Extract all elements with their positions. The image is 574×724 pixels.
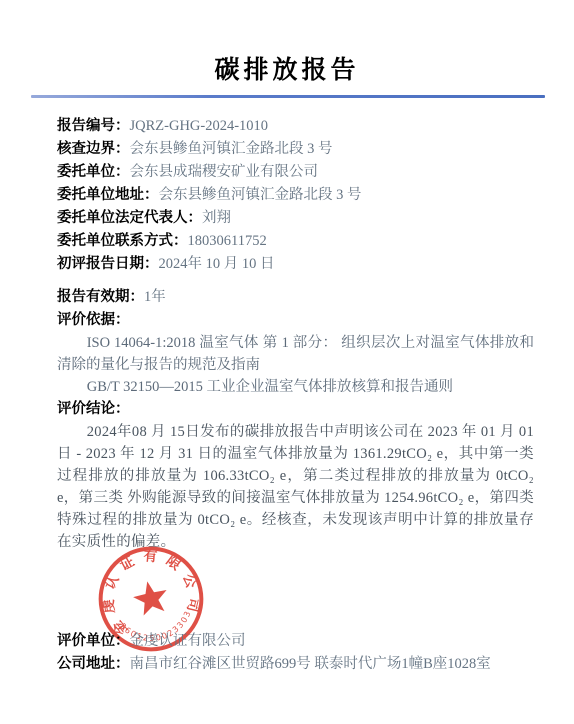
report-page: 碳排放报告 报告编号：JQRZ-GHG-2024-1010 核查边界：会东县鲹鱼… [0, 50, 574, 676]
spacer [57, 276, 534, 286]
field-value: 会东县鲹鱼河镇汇金路北段 3 号 [130, 141, 333, 157]
field-label: 报告编号： [57, 118, 130, 134]
field-value: 18030611752 [188, 233, 267, 249]
field-contact-phone: 委托单位联系方式：18030611752 [57, 230, 534, 253]
report-footer: 评价单位：金虔认证有限公司 公司地址：南昌市红谷滩区世贸路699号 联泰时代广场… [57, 630, 534, 676]
basis-item-gbt: GB/T 32150—2015 工业企业温室气体排放核算和报告通则 [57, 376, 534, 398]
field-validity-period: 报告有效期：1年 [57, 286, 534, 309]
field-verification-boundary: 核查边界：会东县鲹鱼河镇汇金路北段 3 号 [57, 138, 534, 161]
field-label: 委托单位地址： [57, 187, 159, 203]
section-label: 评价依据： [57, 312, 130, 328]
field-company-address: 公司地址：南昌市红谷滩区世贸路699号 联泰时代广场1幢B座1028室 [57, 653, 534, 676]
conclusion-paragraph: 2024年08 月 15日发布的碳排放报告中声明该公司在 2023 年 01 月… [57, 421, 534, 553]
field-evaluation-org: 评价单位：金虔认证有限公司 [57, 630, 534, 653]
field-label: 公司地址： [57, 656, 130, 672]
field-label: 核查边界： [57, 141, 130, 157]
field-value: 2024年 10 月 10 日 [159, 256, 275, 272]
field-label: 评价单位： [57, 633, 130, 649]
field-label: 委托单位： [57, 164, 130, 180]
field-value: 会东县鲹鱼河镇汇金路北段 3 号 [159, 187, 362, 203]
field-initial-report-date: 初评报告日期：2024年 10 月 10 日 [57, 253, 534, 276]
field-value: 会东县成瑞稷安矿业有限公司 [130, 164, 319, 180]
field-label: 报告有效期： [57, 289, 144, 305]
title-divider [31, 95, 545, 98]
field-value: JQRZ-GHG-2024-1010 [130, 118, 269, 134]
field-value: 南昌市红谷滩区世贸路699号 联泰时代广场1幢B座1028室 [130, 656, 491, 672]
basis-item-iso: ISO 14064-1:2018 温室气体 第 1 部分： 组织层次上对温室气体… [57, 332, 534, 376]
field-label: 委托单位联系方式： [57, 233, 188, 249]
field-client-name: 委托单位：会东县成瑞稷安矿业有限公司 [57, 161, 534, 184]
field-value: 刘翔 [202, 210, 231, 226]
field-legal-representative: 委托单位法定代表人：刘翔 [57, 207, 534, 230]
report-content: 报告编号：JQRZ-GHG-2024-1010 核查边界：会东县鲹鱼河镇汇金路北… [57, 115, 534, 676]
field-label: 委托单位法定代表人： [57, 210, 202, 226]
field-label: 初评报告日期： [57, 256, 159, 272]
field-report-number: 报告编号：JQRZ-GHG-2024-1010 [57, 115, 534, 138]
evaluation-conclusion-heading: 评价结论： [57, 398, 534, 421]
section-label: 评价结论： [57, 401, 130, 417]
evaluation-basis-heading: 评价依据： [57, 309, 534, 332]
field-value: 1年 [144, 289, 166, 305]
field-value: 金虔认证有限公司 [130, 633, 246, 649]
field-client-address: 委托单位地址：会东县鲹鱼河镇汇金路北段 3 号 [57, 184, 534, 207]
page-title: 碳排放报告 [0, 50, 574, 86]
